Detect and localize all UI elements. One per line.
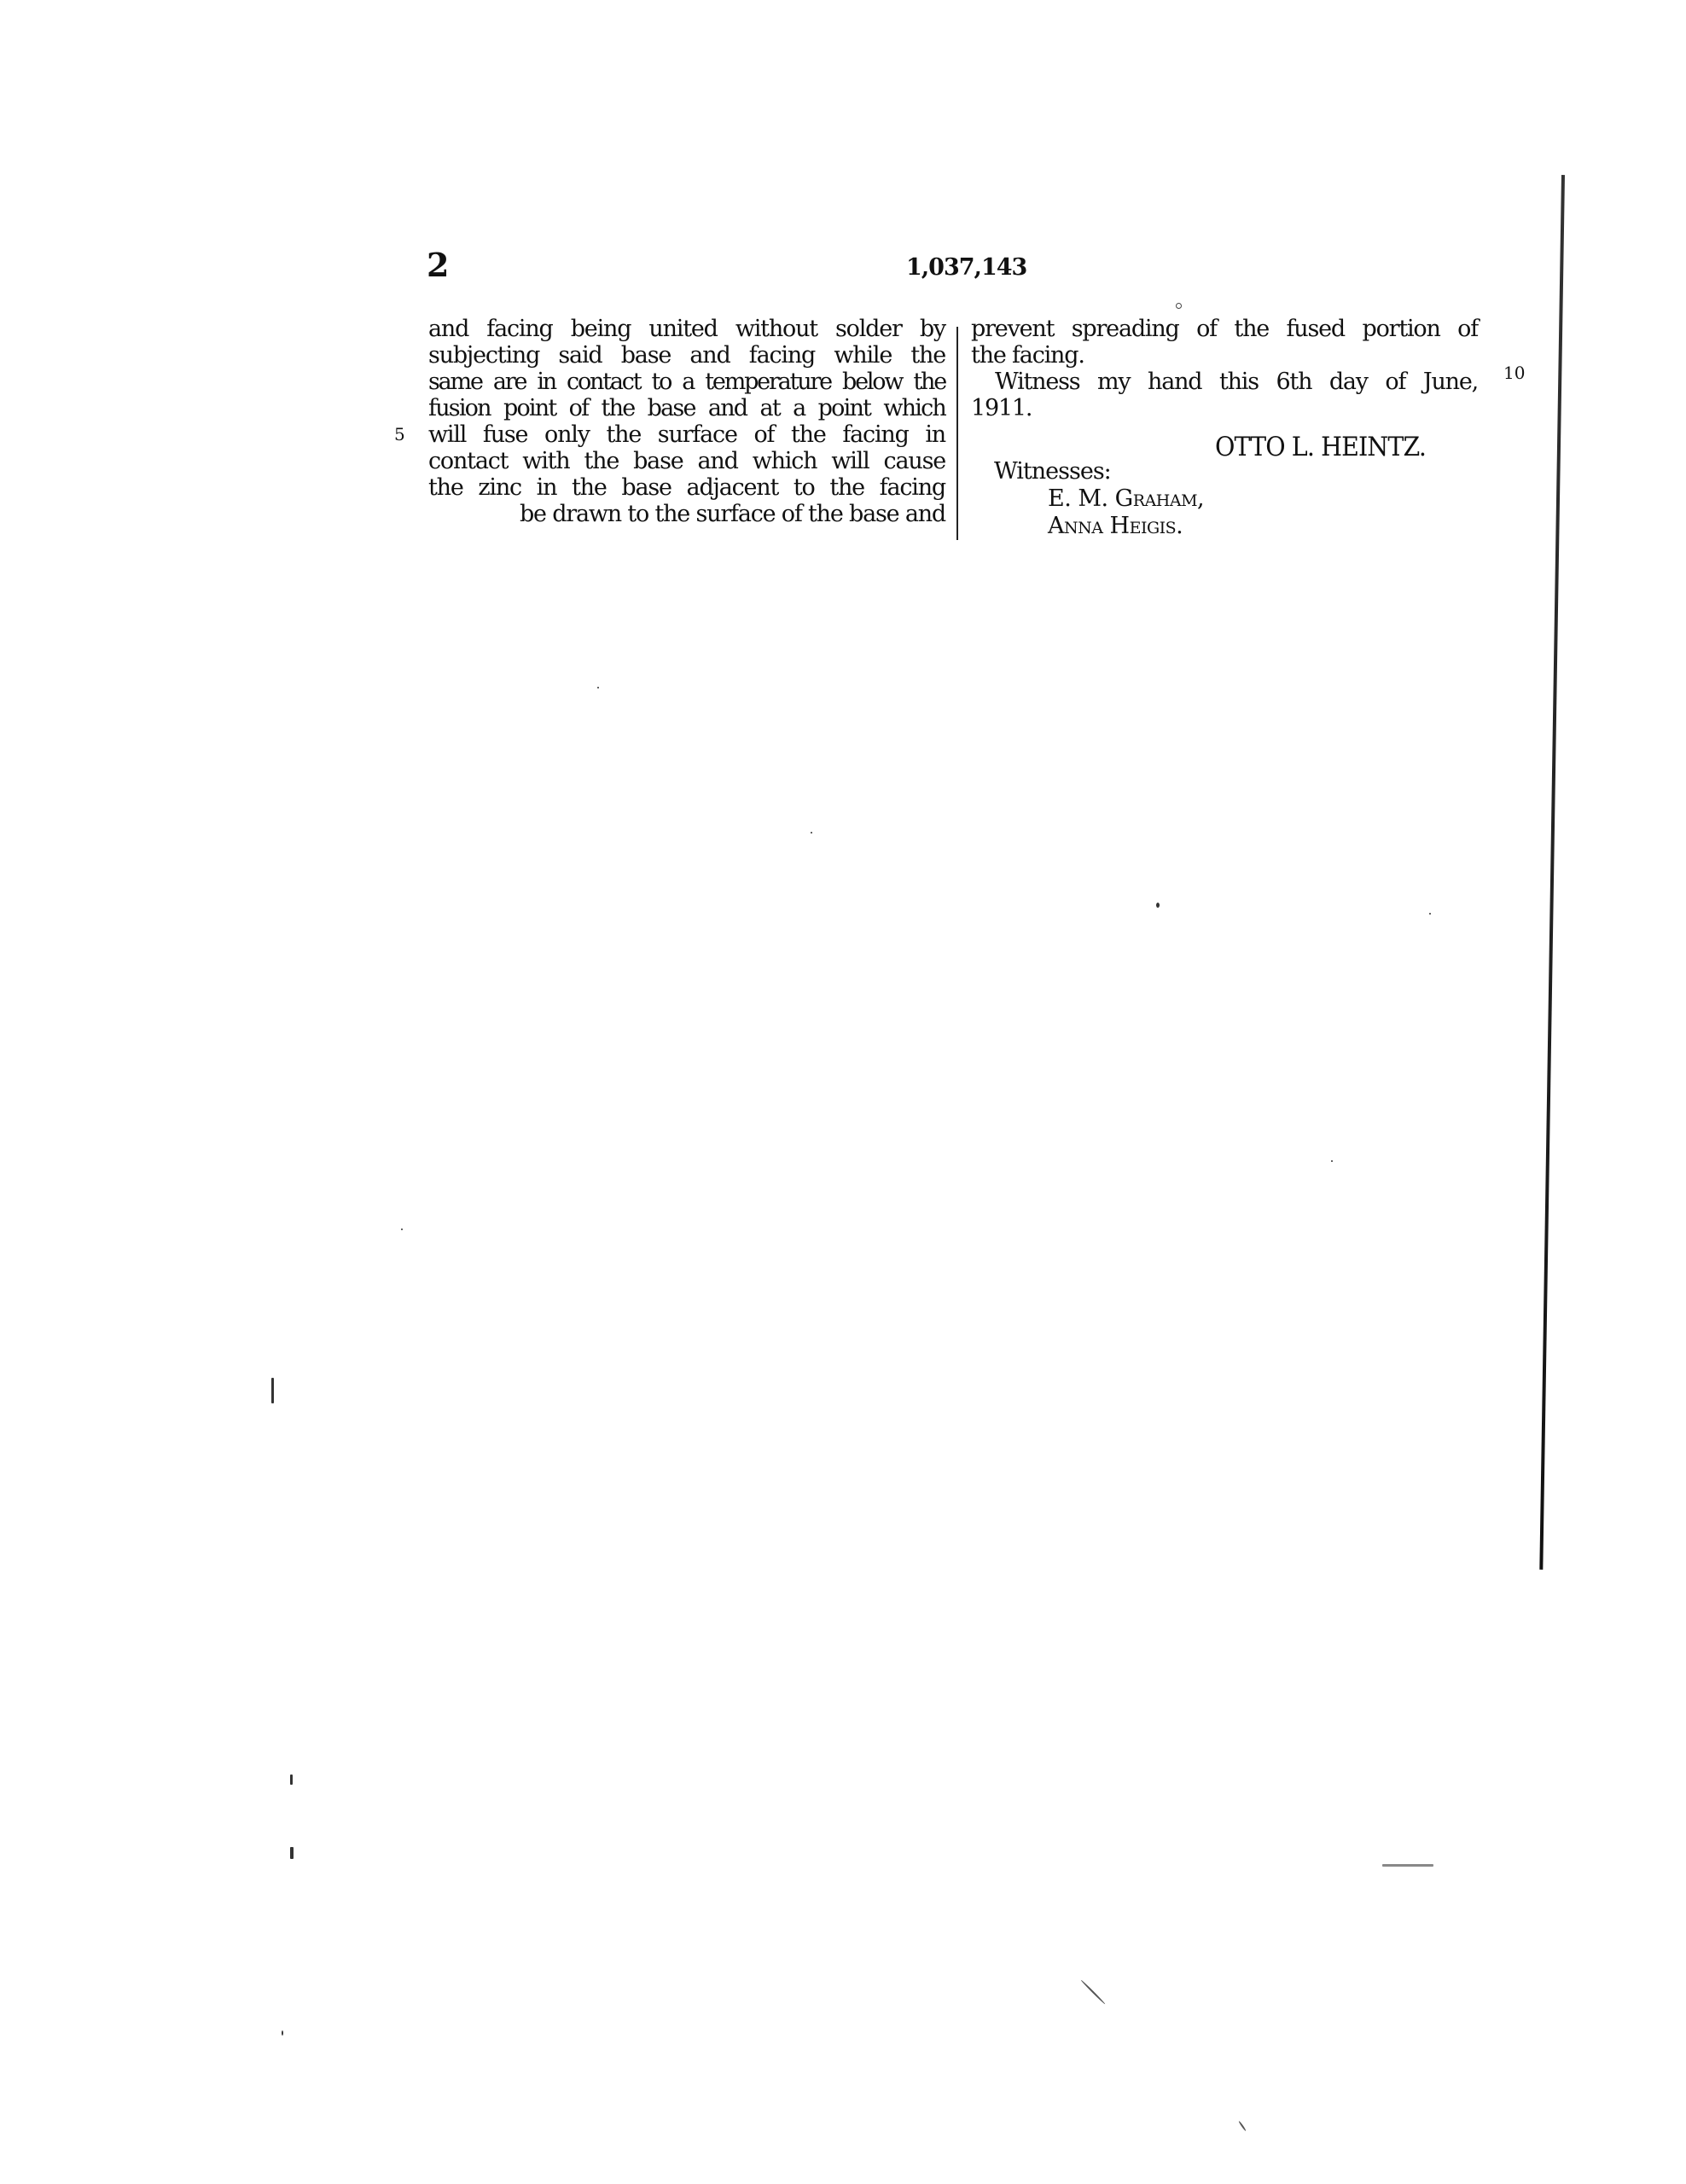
scan-speck [811,832,812,834]
text-line: 1911. [971,395,1478,421]
witness-name: Anna Heigis. [1048,513,1183,539]
inventor-signature: OTTO L. HEINTZ. [1215,432,1426,462]
scan-speck [290,1774,293,1785]
scan-speck [1080,1979,1106,2005]
scan-speck [1382,1864,1433,1867]
scan-speck [271,1378,274,1403]
text-line: be drawn to the surface of the base and [428,501,945,527]
patent-number: 1,037,143 [906,254,1026,281]
witness-name: E. M. Graham, [1048,485,1204,512]
scan-speck [290,1847,294,1859]
left-text-column: and facing being united without solder b… [428,316,945,527]
text-line: and facing being united without solder b… [428,316,945,342]
text-line: will fuse only the surface of the facing… [428,421,945,448]
scan-edge-line [1539,175,1565,1570]
column-divider [956,327,958,540]
page-number: 2 [427,246,448,284]
text-line: Witness my hand this 6th day of June, [971,369,1478,395]
right-text-column: prevent spreading of the fused portion o… [971,316,1478,421]
text-line: prevent spreading of the fused portion o… [971,316,1478,342]
text-line: the zinc in the base adjacent to the fac… [428,474,945,501]
margin-line-number-10: 10 [1503,363,1525,383]
text-line: fusion point of the base and at a point … [428,395,945,421]
scan-speck [1331,1160,1333,1162]
text-line: contact with the base and which will cau… [428,448,945,474]
margin-line-number-5: 5 [394,424,405,444]
scan-speck [597,687,599,688]
patent-page: 2 1,037,143 and facing being united with… [0,0,1686,2184]
scan-speck [1238,2121,1247,2132]
text-line: same are in contact to a temperature bel… [428,369,945,395]
text-line: subjecting said base and facing while th… [428,342,945,369]
scan-speck [1156,903,1160,908]
scan-speck [282,2030,283,2036]
scan-speck [1176,303,1182,309]
scan-speck [401,1228,403,1230]
scan-speck [1429,913,1431,915]
text-line: the facing. [971,342,1478,369]
witnesses-label: Witnesses: [994,458,1111,485]
